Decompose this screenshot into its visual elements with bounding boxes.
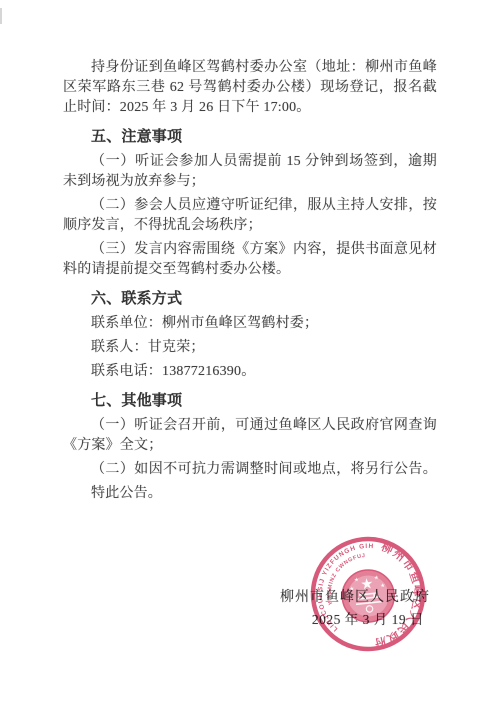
body-line: 料的请提前提交至驾鹤村委办公楼。 xyxy=(63,260,437,280)
body-line: 顺序发言，不得扰乱会场秩序； xyxy=(63,216,437,236)
contact-person-line: 联系人：甘克荣； xyxy=(63,338,437,358)
body-line: （一）听证会召开前，可通过鱼峰区人民政府官网查询 xyxy=(63,416,437,436)
body-line: 区荣军路东三巷 62 号驾鹤村委办公楼）现场登记，报名截 xyxy=(63,78,437,98)
body-line: 未到场视为放弃参与； xyxy=(63,172,437,192)
contact-unit-line: 联系单位：柳州市鱼峰区驾鹤村委； xyxy=(63,314,437,334)
body-line: 止时间：2025 年 3 月 26 日下午 17:00。 xyxy=(63,98,437,118)
body-line: （二）如因不可抗力需调整时间或地点，将另行公告。 xyxy=(63,460,437,480)
body-line: （二）参会人员应遵守听证纪律，服从主持人安排，按 xyxy=(63,196,437,216)
section-heading-5: 五、注意事项 xyxy=(63,126,437,148)
scan-artifact xyxy=(0,8,2,24)
document-body: 持身份证到鱼峰区驾鹤村委办公室（地址：柳州市鱼峰 区荣军路东三巷 62 号驾鹤村… xyxy=(0,0,500,504)
body-line: （一）听证会参加人员需提前 15 分钟到场签到，逾期 xyxy=(63,152,437,172)
closing-line: 特此公告。 xyxy=(63,484,437,504)
contact-phone-line: 联系电话：13877216390。 xyxy=(63,362,437,382)
document-page: 持身份证到鱼峰区驾鹤村委办公室（地址：柳州市鱼峰 区荣军路东三巷 62 号驾鹤村… xyxy=(0,0,500,707)
section-heading-6: 六、联系方式 xyxy=(63,288,437,310)
body-line: 《方案》全文； xyxy=(63,436,437,456)
section-heading-7: 七、其他事项 xyxy=(63,390,437,412)
national-emblem-icon xyxy=(340,567,397,624)
official-seal-stamp: LIUJCOUHSIJ YIZFUNGH GIH YINZMINZ CWNGFU… xyxy=(280,506,456,682)
body-line: 持身份证到鱼峰区驾鹤村委办公室（地址：柳州市鱼峰 xyxy=(63,58,437,78)
body-line: （三）发言内容需围绕《方案》内容，提供书面意见材 xyxy=(63,240,437,260)
